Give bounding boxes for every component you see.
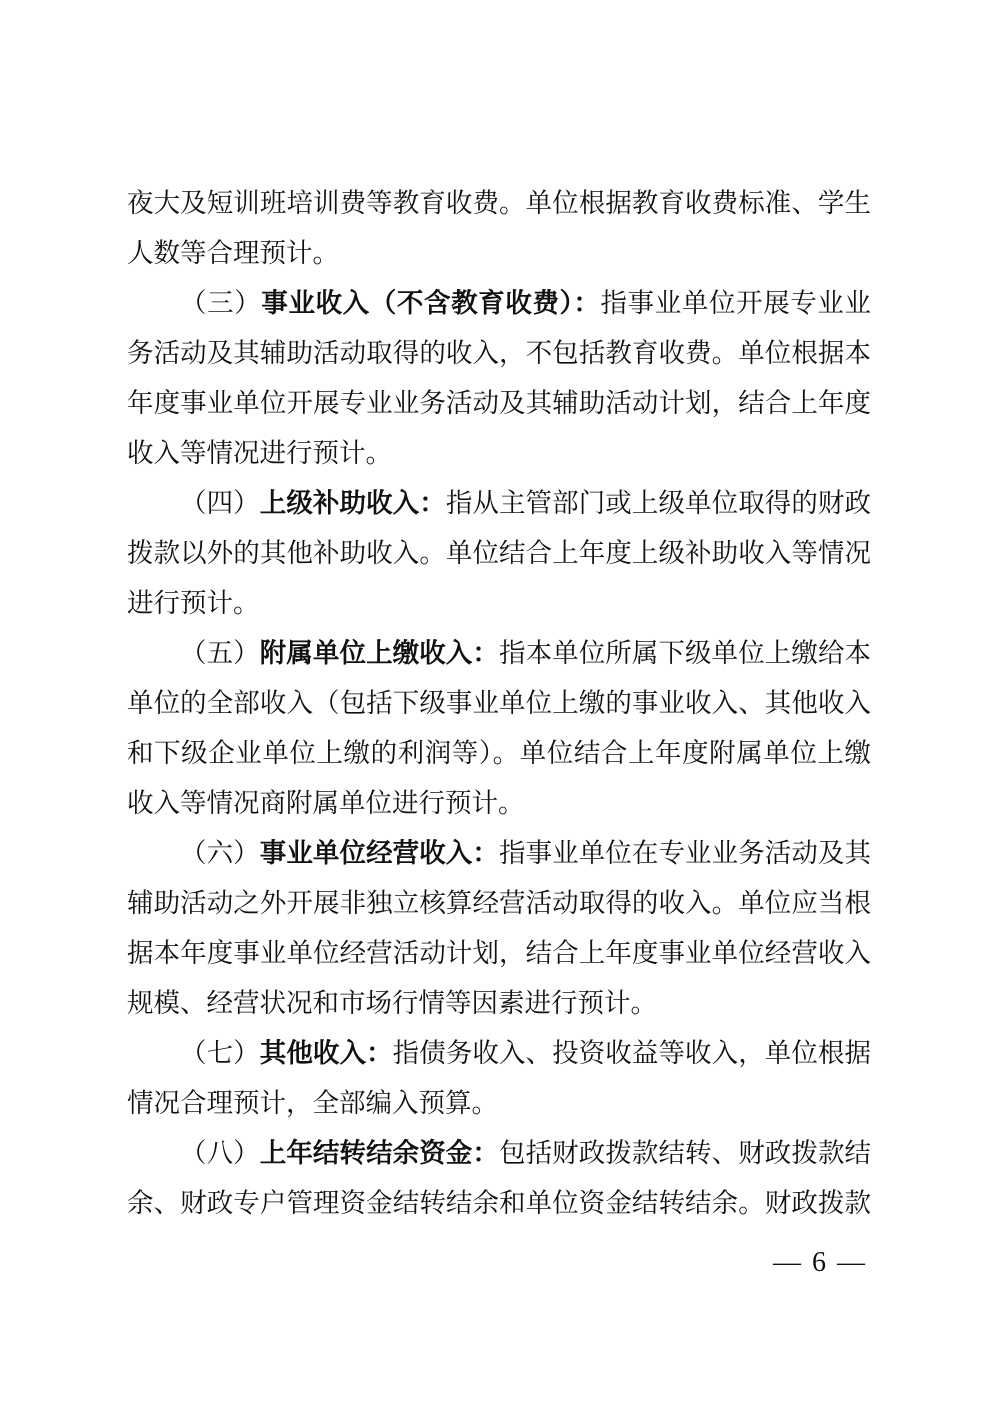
text-segment: （七） — [180, 1038, 260, 1068]
text-line: 年度事业单位开展专业业务活动及其辅助活动计划，结合上年度 — [127, 378, 871, 428]
text-segment: 指本单位所属下级单位上缴给本 — [499, 638, 871, 668]
text-segment: 情况合理预计，全部编入预算。 — [127, 1088, 498, 1118]
text-line: 情况合理预计，全部编入预算。 — [127, 1078, 871, 1128]
text-line: （五）附属单位上缴收入：指本单位所属下级单位上缴给本 — [127, 628, 871, 678]
body-text: 夜大及短训班培训费等教育收费。单位根据教育收费标准、学生人数等合理预计。（三）事… — [127, 178, 871, 1228]
text-segment: 规模、经营状况和市场行情等因素进行预计。 — [127, 988, 657, 1018]
text-segment: 人数等合理预计。 — [127, 238, 339, 268]
section-heading: 事业收入（不含教育收费）： — [261, 288, 600, 318]
text-segment: （四） — [180, 488, 260, 518]
text-segment: 指事业单位开展专业业 — [601, 288, 872, 318]
text-line: 收入等情况商附属单位进行预计。 — [127, 778, 871, 828]
text-line: （八）上年结转结余资金：包括财政拨款结转、财政拨款结 — [127, 1128, 871, 1178]
text-line: 单位的全部收入（包括下级事业单位上缴的事业收入、其他收入 — [127, 678, 871, 728]
text-line: （三）事业收入（不含教育收费）：指事业单位开展专业业 — [127, 278, 871, 328]
text-line: （七）其他收入：指债务收入、投资收益等收入，单位根据 — [127, 1028, 871, 1078]
document-page: 夜大及短训班培训费等教育收费。单位根据教育收费标准、学生人数等合理预计。（三）事… — [0, 0, 992, 1403]
text-line: 规模、经营状况和市场行情等因素进行预计。 — [127, 978, 871, 1028]
text-segment: 收入等情况进行预计。 — [127, 438, 392, 468]
text-segment: 拨款以外的其他补助收入。单位结合上年度上级补助收入等情况 — [127, 538, 871, 568]
text-segment: 余、财政专户管理资金结转结余和单位资金结转结余。财政拨款 — [127, 1188, 871, 1218]
text-segment: 夜大及短训班培训费等教育收费。单位根据教育收费标准、学生 — [127, 188, 871, 218]
text-segment: 指从主管部门或上级单位取得的财政 — [446, 488, 871, 518]
section-heading: 上级补助收入： — [260, 488, 446, 518]
text-line: （四）上级补助收入：指从主管部门或上级单位取得的财政 — [127, 478, 871, 528]
text-segment: （六） — [180, 838, 260, 868]
text-segment: 包括财政拨款结转、财政拨款结 — [499, 1138, 871, 1168]
text-segment: 据本年度事业单位经营活动计划，结合上年度事业单位经营收入 — [127, 938, 871, 968]
section-heading: 事业单位经营收入： — [260, 838, 499, 868]
text-segment: 指事业单位在专业业务活动及其 — [499, 838, 871, 868]
text-line: 收入等情况进行预计。 — [127, 428, 871, 478]
text-segment: 务活动及其辅助活动取得的收入，不包括教育收费。单位根据本 — [127, 338, 871, 368]
text-segment: 年度事业单位开展专业业务活动及其辅助活动计划，结合上年度 — [127, 388, 871, 418]
text-segment: 进行预计。 — [127, 588, 260, 618]
text-line: 夜大及短训班培训费等教育收费。单位根据教育收费标准、学生 — [127, 178, 871, 228]
text-line: 余、财政专户管理资金结转结余和单位资金结转结余。财政拨款 — [127, 1178, 871, 1228]
section-heading: 上年结转结余资金： — [260, 1138, 499, 1168]
section-heading: 其他收入： — [260, 1038, 393, 1068]
section-heading: 附属单位上缴收入： — [260, 638, 499, 668]
text-segment: 和下级企业单位上缴的利润等）。单位结合上年度附属单位上缴 — [127, 738, 871, 768]
text-line: 务活动及其辅助活动取得的收入，不包括教育收费。单位根据本 — [127, 328, 871, 378]
text-segment: （五） — [180, 638, 260, 668]
page-number: — 6 — — [773, 1246, 867, 1280]
text-line: 拨款以外的其他补助收入。单位结合上年度上级补助收入等情况 — [127, 528, 871, 578]
text-line: 辅助活动之外开展非独立核算经营活动取得的收入。单位应当根 — [127, 878, 871, 928]
text-segment: 指债务收入、投资收益等收入，单位根据 — [393, 1038, 871, 1068]
text-segment: 单位的全部收入（包括下级事业单位上缴的事业收入、其他收入 — [127, 688, 871, 718]
text-line: （六）事业单位经营收入：指事业单位在专业业务活动及其 — [127, 828, 871, 878]
text-line: 和下级企业单位上缴的利润等）。单位结合上年度附属单位上缴 — [127, 728, 871, 778]
text-segment: 辅助活动之外开展非独立核算经营活动取得的收入。单位应当根 — [127, 888, 871, 918]
text-segment: 收入等情况商附属单位进行预计。 — [127, 788, 525, 818]
text-segment: （三） — [180, 288, 261, 318]
text-line: 人数等合理预计。 — [127, 228, 871, 278]
text-line: 进行预计。 — [127, 578, 871, 628]
text-line: 据本年度事业单位经营活动计划，结合上年度事业单位经营收入 — [127, 928, 871, 978]
text-segment: （八） — [180, 1138, 260, 1168]
